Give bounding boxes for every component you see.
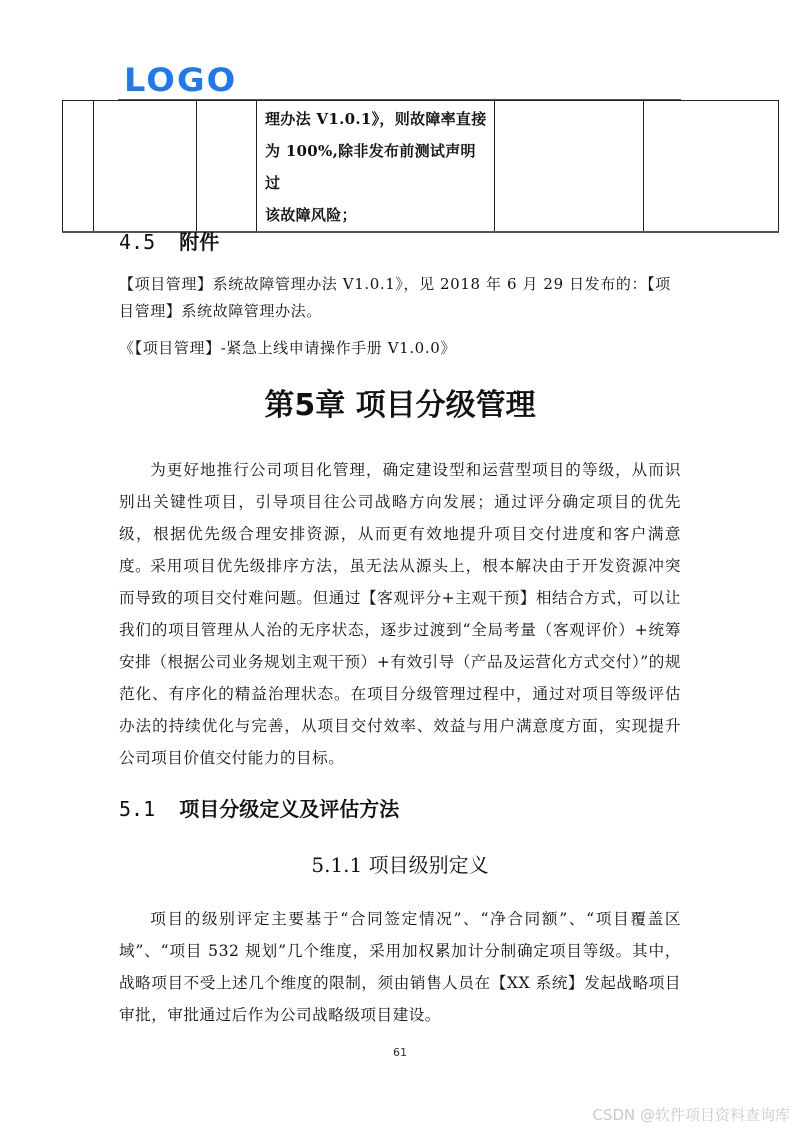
section-heading-5-1: 5.1 项目分级定义及评估方法 [119,793,399,822]
table-cell [644,101,779,233]
chapter-paragraph-2: 采用项目优先级排序方法，虽无法从源头上，根本解决由于开发资源冲突而导致的项目交付… [119,550,681,774]
cell-line: 该故障风险； [265,199,488,231]
table-cell [495,101,644,233]
attachment-paragraph-2: 《【项目管理】-紧急上线申请操作手册 V1.0.0》 [119,335,681,362]
attachment-paragraph-1: 【项目管理】系统故障管理办法 V1.0.1》，见 2018 年 6 月 29 日… [119,271,681,325]
table-row: 理办法 V1.0.1》，则故障率直接 为 100%,除非发布前测试声明过 该故障… [63,101,779,233]
watermark: CSDN @软件项目资料查询库 [592,1104,790,1125]
table-cell-text: 理办法 V1.0.1》，则故障率直接 为 100%,除非发布前测试声明过 该故障… [257,101,495,233]
section-title: 项目分级定义及评估方法 [179,797,399,821]
logo: LOGO [124,62,237,98]
cell-line: 为 100%,除非发布前测试声明过 [265,135,488,199]
section-number: 4.5 [119,230,155,254]
section-title: 附件 [179,230,219,254]
continued-table: 理办法 V1.0.1》，则故障率直接 为 100%,除非发布前测试声明过 该故障… [62,100,779,233]
table-cell [63,101,94,233]
section-number: 5.1 [119,797,155,821]
section-heading-4-5: 4.5 附件 [119,226,219,255]
chapter-title: 第5章 项目分级管理 [0,386,800,426]
cell-line: 理办法 V1.0.1》，则故障率直接 [265,103,488,135]
subsection-paragraph-1: 项目的级别评定主要基于“合同签定情况”、“净合同额”、“项目覆盖区域”、“项目 … [119,903,681,1031]
page-number: 61 [0,1046,800,1059]
table-cell [197,101,257,233]
subsection-heading-5-1-1: 5.1.1 项目级别定义 [0,850,800,880]
table-cell [94,101,197,233]
